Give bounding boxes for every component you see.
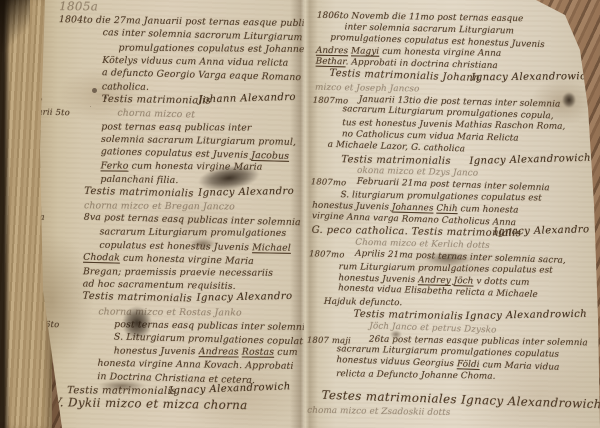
witness-signature: Ignacy Alexandrowich — [470, 152, 592, 167]
photo-open-register-book: 1805a1804to die 27ma Januarii post terna… — [0, 0, 600, 428]
ink-blot — [562, 92, 576, 108]
handwriting-text: post ternas easq publicas inter — [101, 121, 251, 133]
ink-smudge — [424, 252, 472, 266]
left-page-handwriting: 1805a1804to die 27ma Januarii post terna… — [53, 0, 297, 414]
witness-signature: Ignacy Alexandrowich — [472, 71, 594, 84]
book-gutter-shadow — [290, 0, 318, 428]
witness-signature: Ignacy Alexandrowich — [466, 309, 588, 323]
handwriting-text: chorna mizco et Rostas Janko — [98, 306, 242, 318]
handwriting-text: honestus Juvenis Andreas Rostas cum — [114, 346, 298, 358]
handwriting-text: Testis matrimonialis — [84, 186, 194, 200]
witness-signature: Johann Alexandro — [198, 91, 296, 107]
handwriting-text: promulgationes copulatus est Johannes — [118, 42, 309, 55]
handwriting-text: V. Dykii mizco et mizca chorna — [53, 395, 248, 412]
left-page: 1805a1804to die 27ma Januarii post terna… — [40, 0, 304, 428]
handwriting-text: chorna mizco et — [117, 107, 195, 120]
handwriting-text: Testis matrimonialis — [341, 154, 451, 167]
ink-speck-cluster — [92, 88, 97, 93]
ink-smudge — [98, 380, 146, 392]
right-page: 1806to Novemb die 11mo post ternas easqu… — [304, 0, 600, 428]
handwriting-text: sacrarum Liturgiarum promulgationes — [100, 227, 287, 239]
right-page-handwriting: 1806to Novemb die 11mo post ternas easqu… — [307, 10, 595, 423]
handwriting-text: palanchani filia. — [100, 173, 178, 185]
handwriting-text: 1805a — [59, 0, 98, 13]
book-edge-shadow — [0, 0, 30, 52]
handwriting-text: choma mizco et Zsadoskii dotts — [307, 405, 450, 417]
manuscript-line: V. Dykii mizco et mizca chorna — [53, 396, 291, 414]
handwriting-text: Testis matrimonialis — [353, 309, 463, 323]
handwriting-text: Testis matrimonialis — [82, 291, 192, 305]
witness-signature: Ignacy Alexandro — [494, 225, 590, 239]
ink-smudge — [190, 238, 216, 250]
handwriting-text: Testis matrimonialis — [102, 94, 212, 107]
handwriting-text: Hajduk defuncto. — [324, 297, 403, 308]
handwriting-text: catholica. — [102, 82, 149, 93]
handwriting-text: mizco et Joseph Jancso — [315, 83, 420, 95]
ink-smudge — [390, 330, 402, 339]
handwriting-text: Bregan; praemissis praevie necessariis — [83, 266, 273, 278]
witness-signature: Ignacy Alexandro — [197, 290, 293, 305]
ink-blot — [122, 306, 152, 340]
